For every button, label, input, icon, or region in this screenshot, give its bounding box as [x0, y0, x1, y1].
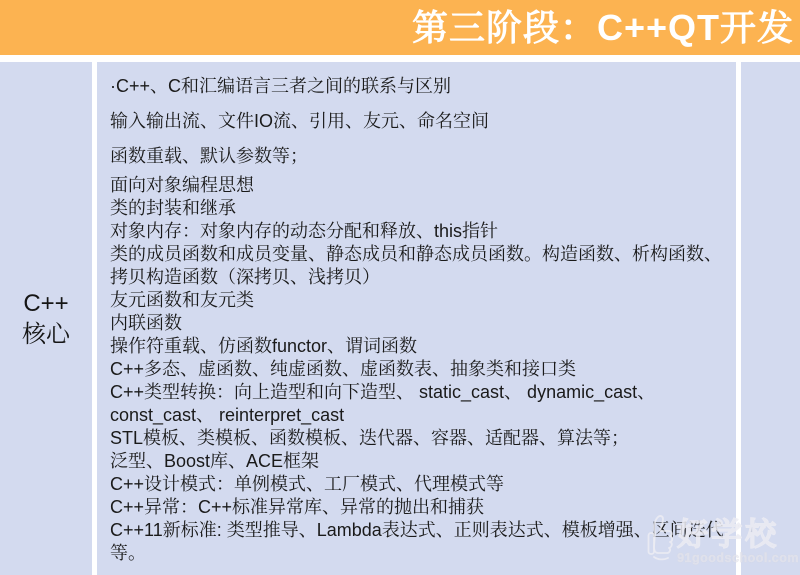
topic-line: 类的成员函数和成员变量、静态成员和静态成员函数。构造函数、析构函数、拷贝构造函数…	[110, 243, 732, 289]
topic-line: C++设计模式：单例模式、工厂模式、代理模式等	[110, 473, 732, 496]
topic-line: 操作符重载、仿函数functor、谓词函数	[110, 335, 732, 358]
topic-line: 友元函数和友元类	[110, 289, 732, 312]
stage-title: 第三阶段：C++QT开发	[412, 10, 794, 46]
course-category-cell: C++ 核心	[0, 62, 92, 575]
topic-line: 面向对象编程思想	[110, 174, 732, 197]
stage-header-bar: 第三阶段：C++QT开发	[0, 0, 800, 55]
intro-paragraph: ·C++、C和汇编语言三者之间的联系与区别	[110, 75, 732, 97]
topic-line: C++异常：C++标准异常库、异常的抛出和捕获	[110, 496, 732, 519]
intro-paragraph: 函数重载、默认参数等；	[110, 145, 732, 167]
course-content-cell: ·C++、C和汇编语言三者之间的联系与区别输入输出流、文件IO流、引用、友元、命…	[97, 62, 736, 575]
topic-line: STL模板、类模板、函数模板、迭代器、容器、适配器、算法等；	[110, 427, 732, 450]
topic-line: C++11新标准: 类型推导、Lambda表达式、正则表达式、模板增强、区间迭代…	[110, 519, 732, 565]
course-table: C++ 核心 ·C++、C和汇编语言三者之间的联系与区别输入输出流、文件IO流、…	[0, 62, 800, 575]
topic-line: 类的封装和继承	[110, 197, 732, 220]
topic-line: C++多态、虚函数、纯虚函数、虚函数表、抽象类和接口类	[110, 358, 732, 381]
empty-right-cell	[741, 62, 800, 575]
intro-paragraph: 输入输出流、文件IO流、引用、友元、命名空间	[110, 110, 732, 132]
topic-line: 对象内存：对象内存的动态分配和释放、this指针	[110, 220, 732, 243]
topic-line: 内联函数	[110, 312, 732, 335]
category-line-1: C++	[22, 288, 70, 319]
intro-paragraphs: ·C++、C和汇编语言三者之间的联系与区别输入输出流、文件IO流、引用、友元、命…	[110, 75, 732, 167]
topic-line: 泛型、Boost库、ACE框架	[110, 450, 732, 473]
course-category-label: C++ 核心	[22, 288, 70, 350]
topic-line: C++类型转换：向上造型和向下造型、 static_cast、 dynamic_…	[110, 381, 732, 427]
category-line-2: 核心	[22, 319, 70, 350]
topic-lines: 面向对象编程思想类的封装和继承对象内存：对象内存的动态分配和释放、this指针类…	[110, 174, 732, 565]
